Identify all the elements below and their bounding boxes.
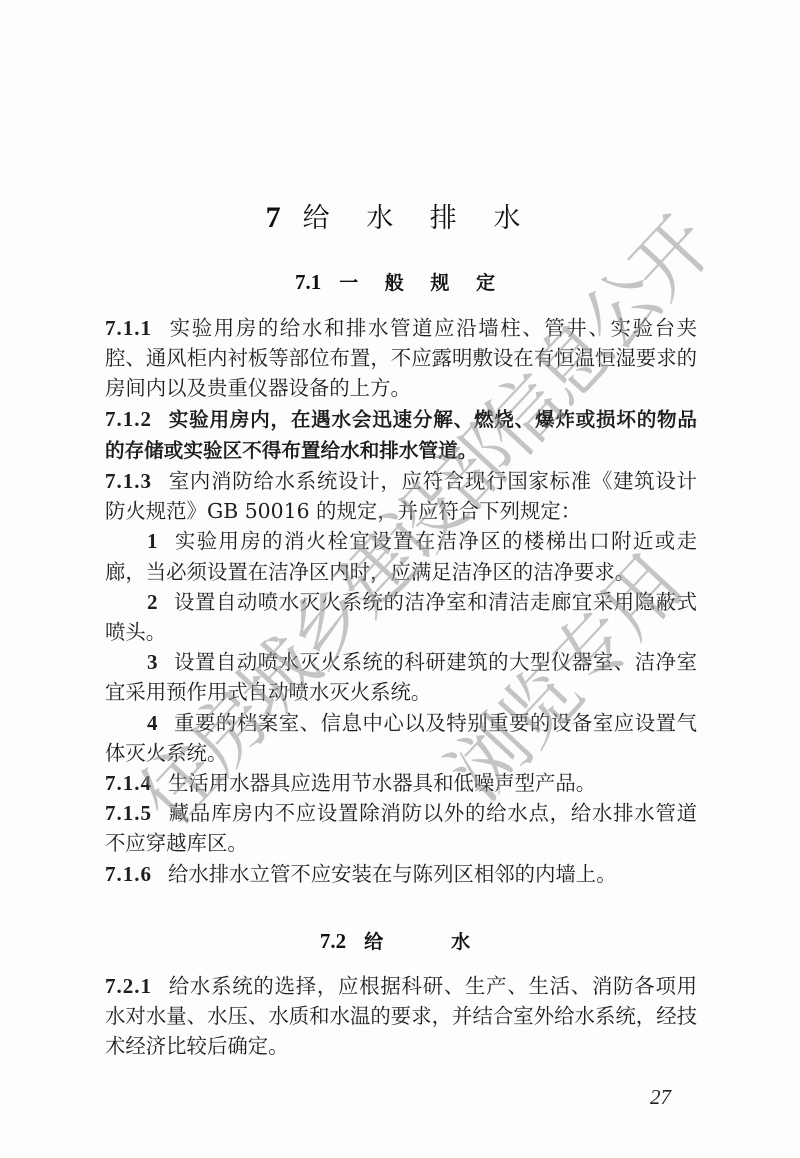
clause-number: 7.1.1 [105,316,152,340]
clause-text: 藏品库房内不应设置除消防以外的给水点，给水排水管道不应穿越库区。 [105,801,697,855]
section-7-2-body: 7.2.1给水系统的选择，应根据科研、生产、生活、消防各项用水对水量、水压、水质… [105,971,697,1062]
item-text: 设置自动喷水灭火系统的洁净室和清洁走廊宜采用隐蔽式喷头。 [105,590,697,644]
clause-number: 7.2.1 [105,974,152,998]
clause-7-1-3-item-4: 4重要的档案室、信息中心以及特别重要的设备室应设置气体灭火系统。 [105,708,697,768]
section-title-text: 给 水 [364,931,480,953]
clause-text: 给水排水立管不应安装在与陈列区相邻的内墙上。 [168,862,617,886]
clause-number: 7.1.5 [105,801,152,825]
clause-7-1-3: 7.1.3室内消防给水系统设计，应符合现行国家标准《建筑设计防火规范》GB 50… [105,466,697,526]
clause-number: 7.1.6 [105,862,152,886]
clause-text: 室内消防给水系统设计，应符合现行国家标准《建筑设计防火规范》GB 50016 的… [105,469,697,523]
item-number: 4 [147,711,158,735]
section-title-7-2: 7.2给 水 [0,926,800,957]
chapter-title: 7给 水 排 水 [0,198,800,239]
clause-7-1-3-item-2: 2设置自动喷水灭火系统的洁净室和清洁走廊宜采用隐蔽式喷头。 [105,587,697,647]
section-title-7-1: 7.1一 般 规 定 [0,267,800,298]
chapter-title-text: 给 水 排 水 [303,203,535,234]
clause-7-2-1: 7.2.1给水系统的选择，应根据科研、生产、生活、消防各项用水对水量、水压、水质… [105,971,697,1062]
clause-text-mandatory: 实验用房内，在遇水会迅速分解、燃烧、爆炸或损坏的物品的存储或实验区不得布置给水和… [105,408,697,462]
clause-text: 实验用房的给水和排水管道应沿墙柱、管井、实验台夹腔、通风柜内衬板等部位布置，不应… [105,316,697,400]
clause-number: 7.1.3 [105,469,152,493]
clause-text: 生活用水器具应选用节水器具和低噪声型产品。 [168,771,596,795]
clause-7-1-3-item-1: 1实验用房的消火栓宜设置在洁净区的楼梯出口附近或走廊，当必须设置在洁净区内时，应… [105,526,697,586]
clause-number: 7.1.4 [105,771,152,795]
clause-7-1-5: 7.1.5藏品库房内不应设置除消防以外的给水点，给水排水管道不应穿越库区。 [105,798,697,858]
clause-7-1-1: 7.1.1实验用房的给水和排水管道应沿墙柱、管井、实验台夹腔、通风柜内衬板等部位… [105,313,697,404]
document-page: 7给 水 排 水 7.1一 般 规 定 7.1.1实验用房的给水和排水管道应沿墙… [0,0,800,1158]
clause-text: 给水系统的选择，应根据科研、生产、生活、消防各项用水对水量、水压、水质和水温的要… [105,974,697,1058]
item-number: 1 [147,529,158,553]
clause-7-1-6: 7.1.6给水排水立管不应安装在与陈列区相邻的内墙上。 [105,859,697,889]
page-number: 27 [650,1085,671,1110]
item-number: 3 [147,650,158,674]
clause-7-1-3-item-3: 3设置自动喷水灭火系统的科研建筑的大型仪器室、洁净室宜采用预作用式自动喷水灭火系… [105,647,697,707]
clause-7-1-4: 7.1.4生活用水器具应选用节水器具和低噪声型产品。 [105,768,697,798]
item-text: 重要的档案室、信息中心以及特别重要的设备室应设置气体灭火系统。 [105,711,697,765]
section-title-text: 一 般 规 定 [339,272,505,294]
clause-7-1-2: 7.1.2实验用房内，在遇水会迅速分解、燃烧、爆炸或损坏的物品的存储或实验区不得… [105,404,697,466]
section-number: 7.1 [295,270,321,294]
item-text: 实验用房的消火栓宜设置在洁净区的楼梯出口附近或走廊，当必须设置在洁净区内时，应满… [105,529,697,583]
item-number: 2 [147,590,158,614]
chapter-number: 7 [266,201,281,234]
section-number: 7.2 [320,929,346,953]
section-7-1-body: 7.1.1实验用房的给水和排水管道应沿墙柱、管井、实验台夹腔、通风柜内衬板等部位… [105,313,697,889]
item-text: 设置自动喷水灭火系统的科研建筑的大型仪器室、洁净室宜采用预作用式自动喷水灭火系统… [105,650,697,704]
clause-number: 7.1.2 [105,407,152,431]
